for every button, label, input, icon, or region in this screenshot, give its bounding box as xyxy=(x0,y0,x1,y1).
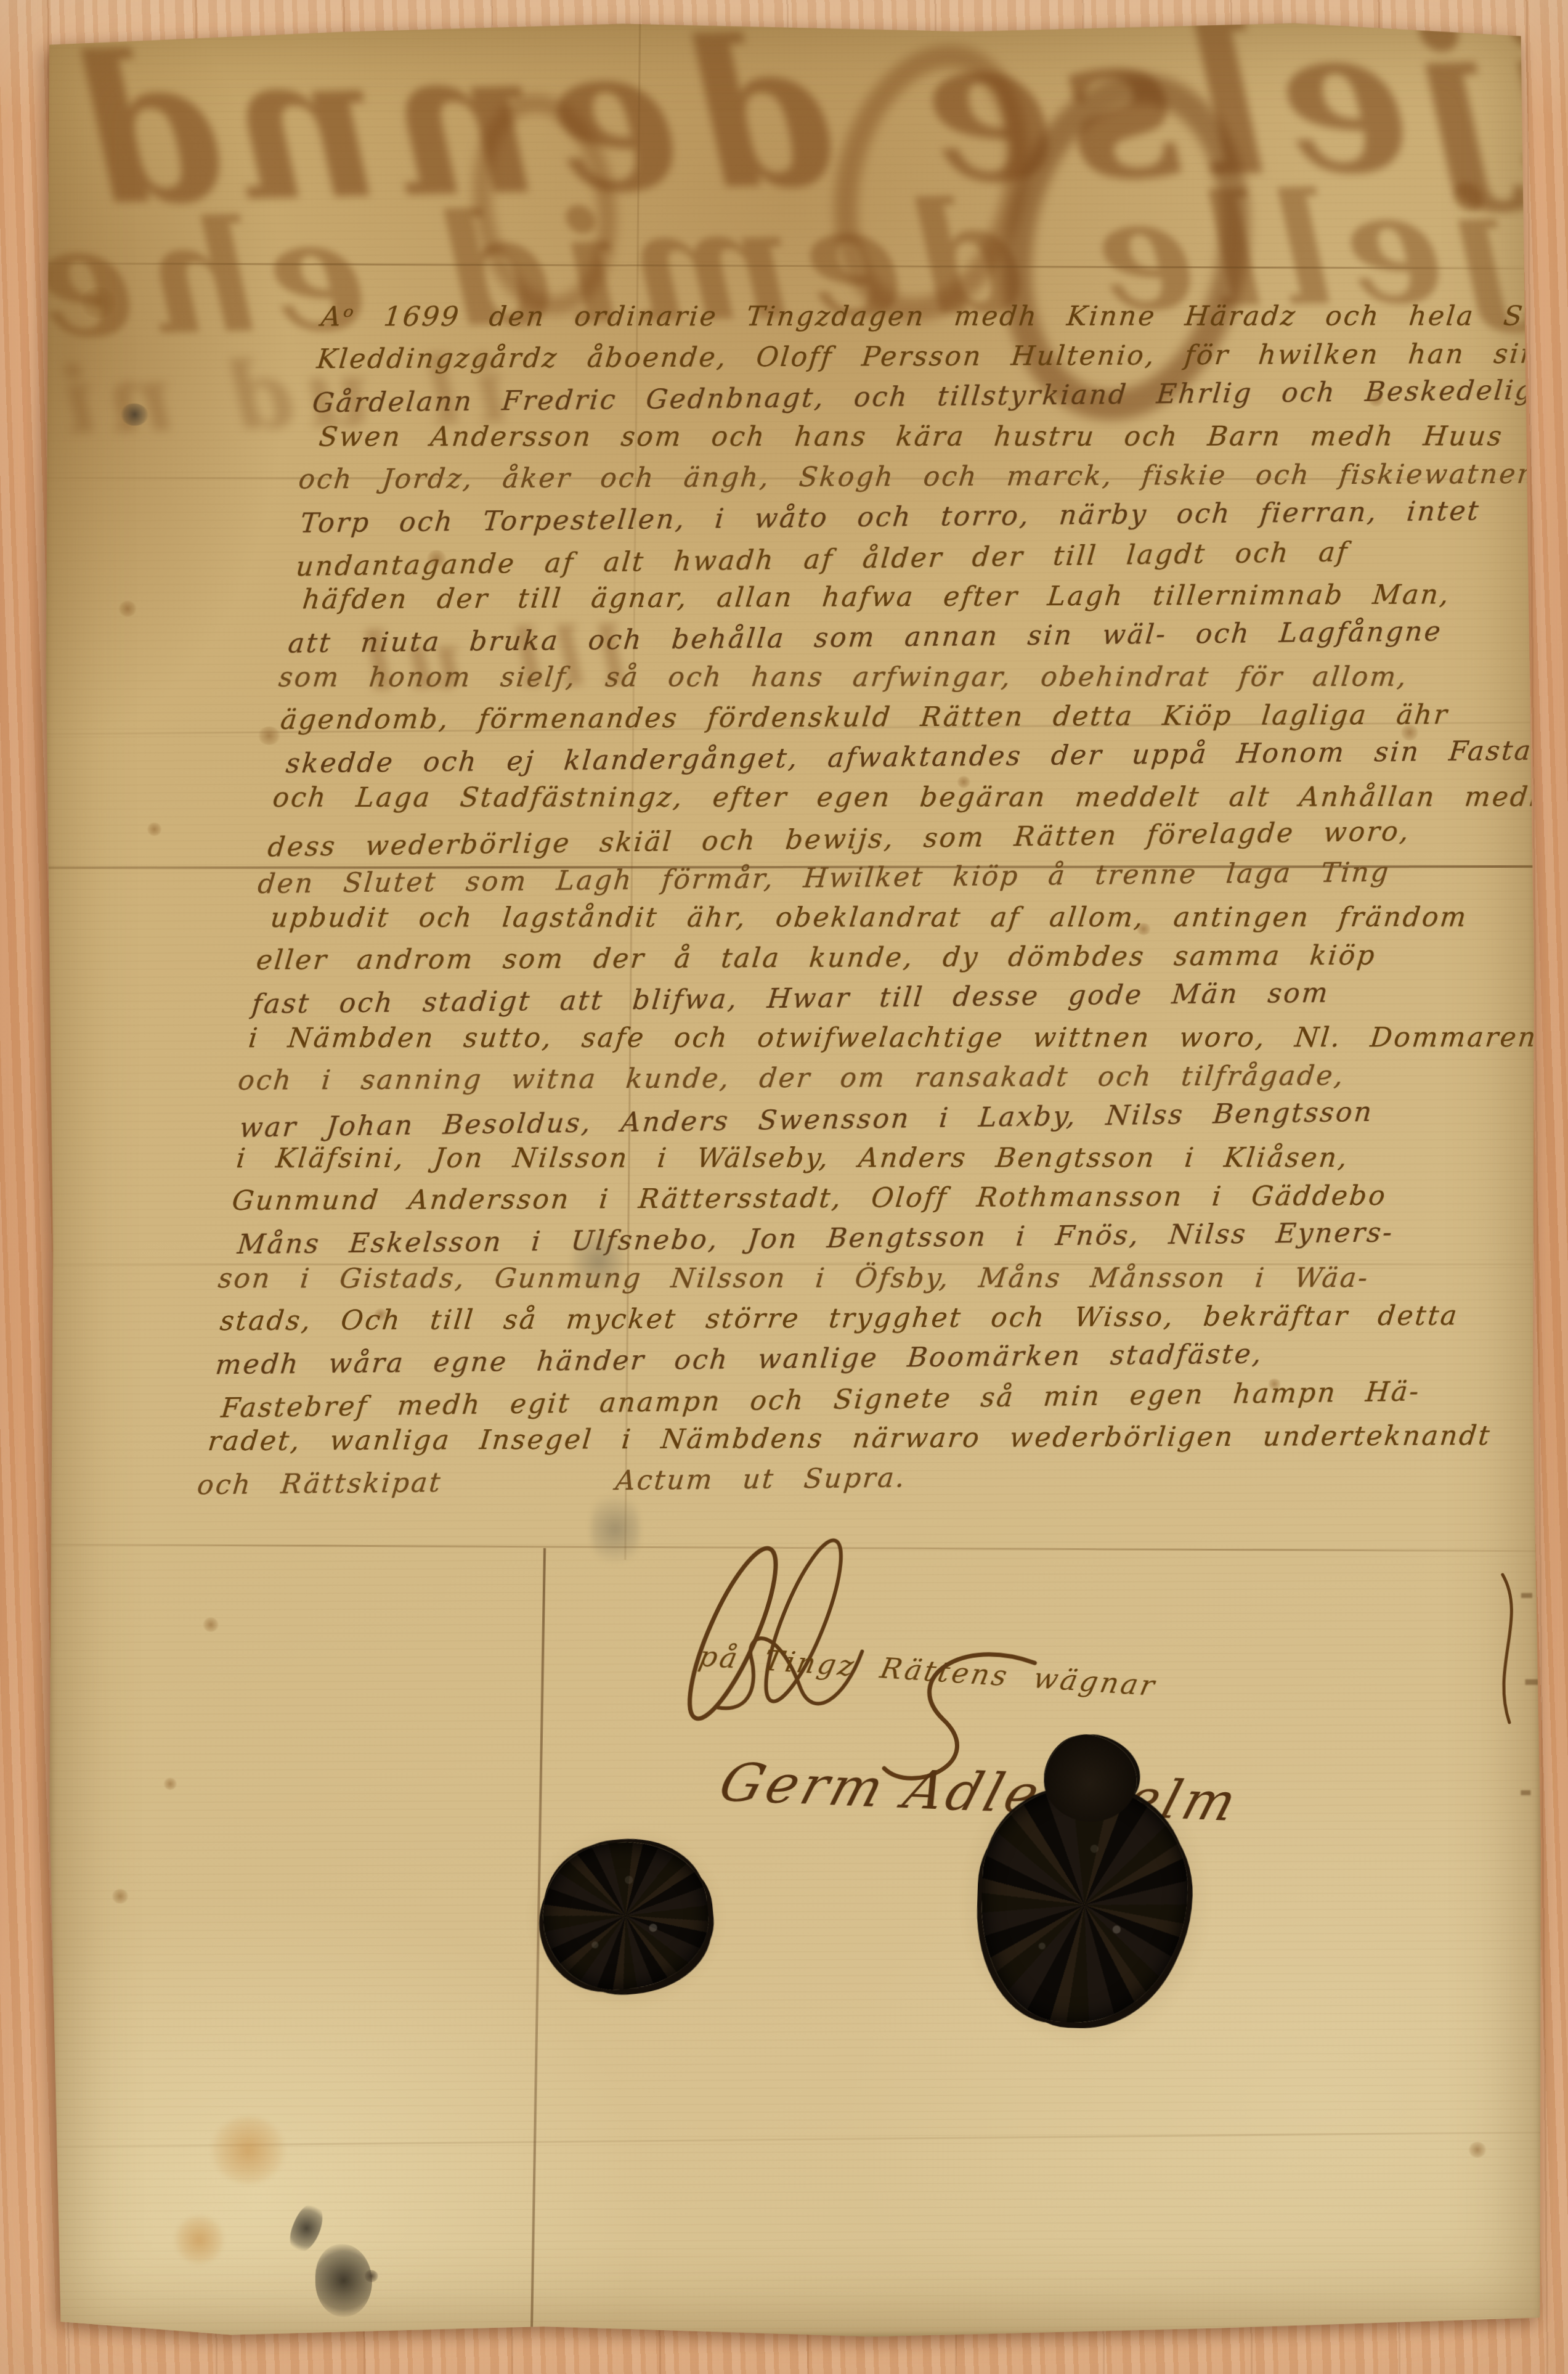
orange-stain xyxy=(174,2215,224,2264)
stain-spot xyxy=(1368,392,1384,407)
ink-blot xyxy=(315,2244,373,2317)
handwritten-line: son i Gistads, Gunmung Nilsson i Öfsby, … xyxy=(216,1258,1464,1299)
dark-stain-spot xyxy=(121,404,148,426)
fold-crease-horizontal xyxy=(49,1544,1540,1552)
handwritten-line: och Laga Stadfästningz, efter egen begär… xyxy=(270,777,1513,818)
handwritten-line: Aᵒ 1699 den ordinarie Tingzdagen medh Ki… xyxy=(319,296,1543,337)
grey-smudge xyxy=(590,1486,640,1572)
stain-spot xyxy=(1136,923,1151,935)
stain-spot xyxy=(374,1308,388,1321)
handwritten-line: upbudit och lagståndit ähr, obeklandrat … xyxy=(269,897,1501,938)
handwritten-line: Swen Andersson som och hans kära hustru … xyxy=(317,416,1543,457)
handwritten-line: i Nämbden sutto, safe och otwifwelachtig… xyxy=(246,1018,1489,1058)
stain-spot xyxy=(203,1617,219,1632)
handwritten-line: i Kläfsini, Jon Nilsson i Wälseby, Ander… xyxy=(234,1138,1476,1178)
signature-monogram-flourish xyxy=(658,1528,917,1739)
edge-nick xyxy=(1521,1790,1530,1795)
stain-spot xyxy=(957,776,970,788)
ink-blot-satellite xyxy=(365,2270,378,2282)
handwritten-text-block: Aᵒ 1699 den ordinarie Tingzdagen medh Ki… xyxy=(202,294,1543,1502)
stain-spot xyxy=(147,822,161,836)
on-behalf-of-court-line: på Tingz Rättens wägnar xyxy=(696,1639,1160,1702)
edge-nick xyxy=(1525,1679,1539,1685)
stain-spot xyxy=(1400,725,1419,741)
photo-of-historical-document: { "colors": { "wood": "#e0a477", "wood_l… xyxy=(0,0,1568,2374)
document-sheet-wrap: ahse nijelse dennd Ilk mijelle demid ehe… xyxy=(42,15,1543,2341)
stain-spot xyxy=(426,550,447,567)
stain-spot xyxy=(118,601,137,617)
stain-spot xyxy=(163,1777,177,1790)
edge-nick xyxy=(1521,1593,1532,1598)
stain-spot xyxy=(112,1889,129,1904)
handwritten-line: som honom sielf, så och hans arfwingar, … xyxy=(277,657,1525,698)
grey-smudge xyxy=(571,1227,626,1295)
orange-stain xyxy=(211,2116,285,2185)
stain-spot xyxy=(1267,1379,1281,1390)
ink-blot xyxy=(283,2199,329,2258)
stain-spot xyxy=(1468,2142,1487,2158)
aged-paper-sheet: ahse nijelse dennd Ilk mijelle demid ehe… xyxy=(42,15,1543,2341)
stain-spot xyxy=(80,287,117,319)
stain-spot xyxy=(258,727,281,745)
